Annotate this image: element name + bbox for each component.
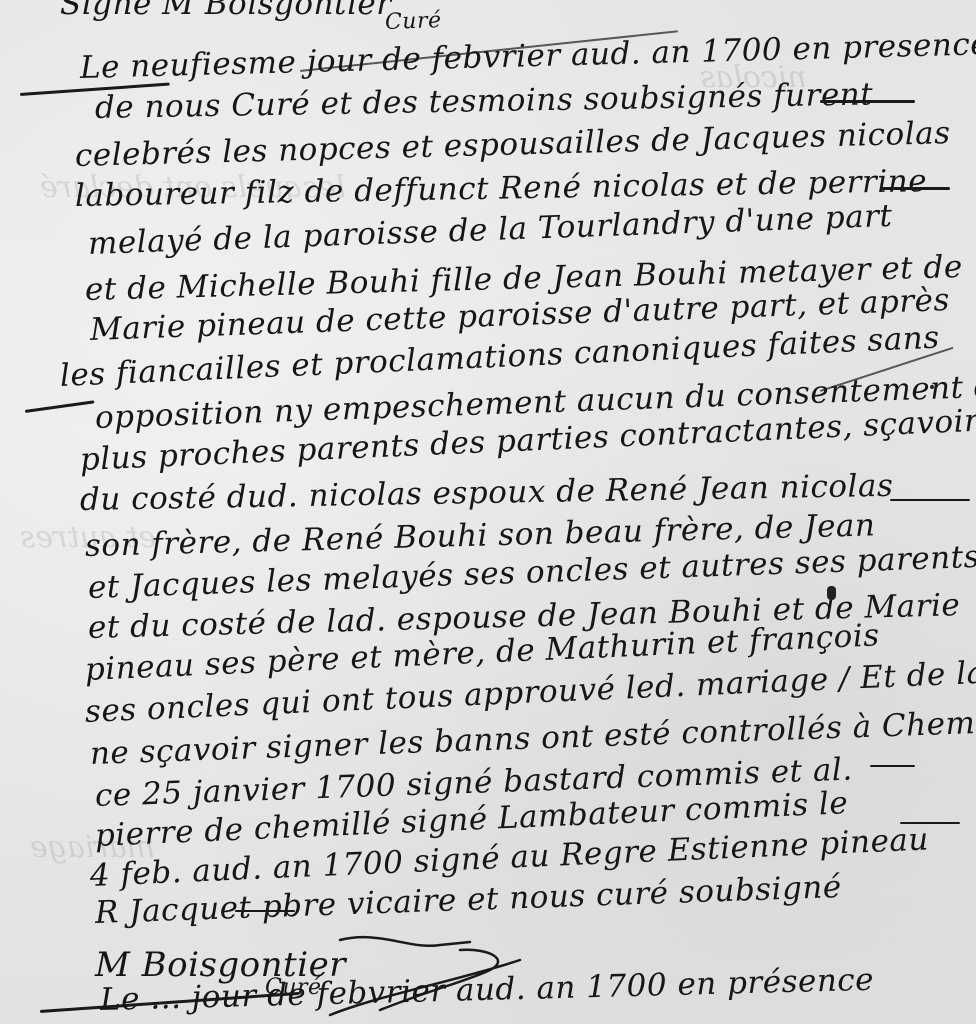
entry-line-2: de nous Curé et des tesmoins soubsignés …: [95, 76, 874, 126]
ink-spot: [930, 385, 934, 389]
previous-signature: Signé M Boisgontier: [60, 0, 392, 22]
pen-stroke: [235, 910, 295, 912]
previous-signature-title: Curé: [385, 8, 442, 35]
line-end-stroke: [870, 765, 915, 767]
register-page: lesquels ont declaré et autres nicolas m…: [0, 0, 976, 1024]
line-end-stroke: [880, 187, 950, 190]
line-end-stroke: [890, 499, 970, 501]
ink-blot: [827, 586, 836, 600]
margin-flourish: [25, 400, 95, 413]
